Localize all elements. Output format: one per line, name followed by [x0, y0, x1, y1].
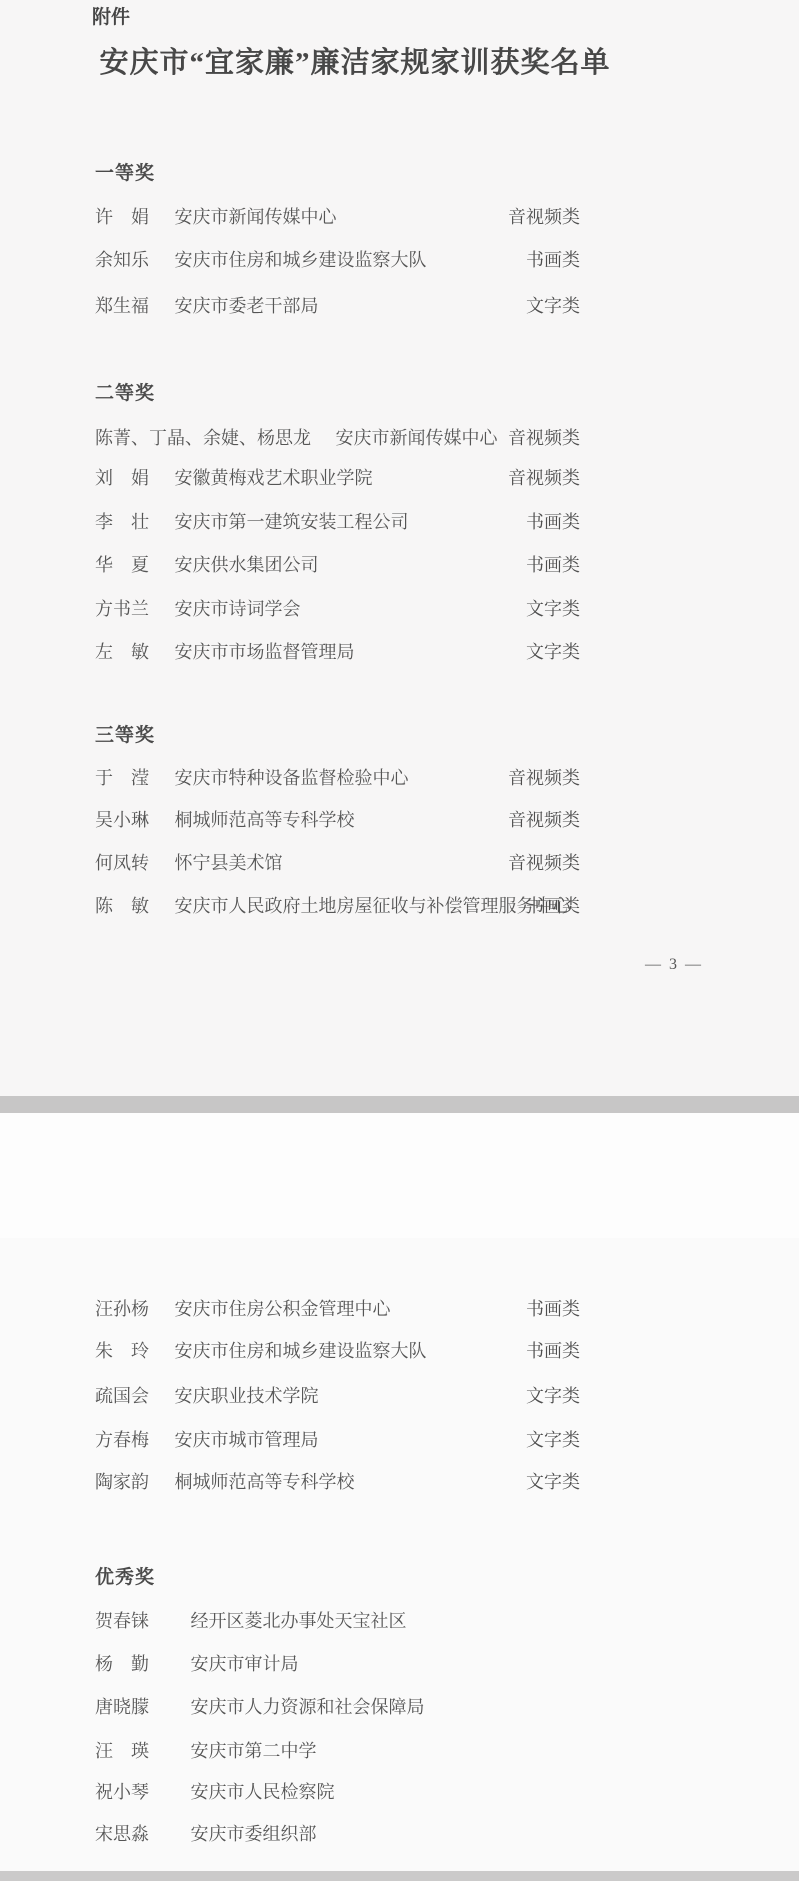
attachment-label: 附件: [92, 2, 130, 29]
award-row: 朱 玲 安庆市住房和城乡建设监察大队 书画类: [95, 1337, 704, 1363]
winner-org: 安庆市委老干部局: [175, 292, 319, 318]
winner-name: 汪孙杨: [95, 1295, 150, 1321]
winner-name: 疏国会: [95, 1382, 150, 1408]
award-row: 吴小琳 桐城师范高等专科学校 音视频类: [95, 806, 704, 832]
winner-org: 安庆市城市管理局: [175, 1426, 319, 1452]
award-category: 音视频类: [508, 806, 580, 832]
winner-org: 安庆职业技术学院: [175, 1382, 319, 1408]
page-title: 安庆市“宜家廉”廉洁家规家训获奖名单: [0, 40, 710, 81]
winner-org: 安庆市住房和城乡建设监察大队: [175, 1337, 427, 1363]
award-row: 于 滢 安庆市特种设备监督检验中心 音视频类: [95, 764, 704, 790]
award-category: 文字类: [526, 1468, 580, 1494]
award-row: 杨 勤 安庆市审计局: [95, 1650, 704, 1676]
winner-name: 华 夏: [95, 551, 150, 577]
award-row: 汪孙杨 安庆市住房公积金管理中心 书画类: [95, 1295, 704, 1321]
award-category: 书画类: [526, 551, 580, 577]
winner-org: 安庆市诗词学会: [175, 595, 301, 621]
award-category: 音视频类: [508, 203, 580, 229]
page-divider: [0, 1096, 799, 1113]
winner-name: 陶家韵: [95, 1468, 150, 1494]
page-number: — 3 —: [645, 956, 703, 974]
award-row: 左 敏 安庆市市场监督管理局 文字类: [95, 638, 704, 664]
winner-name: 郑生福: [95, 292, 150, 318]
award-category: 文字类: [526, 1426, 580, 1452]
award-row: 疏国会 安庆职业技术学院 文字类: [95, 1382, 704, 1408]
winner-org: 安庆市委组织部: [191, 1820, 317, 1846]
winner-org: 桐城师范高等专科学校: [175, 806, 355, 832]
scanned-document: 附件 安庆市“宜家廉”廉洁家规家训获奖名单 一等奖 许 娟 安庆市新闻传媒中心 …: [0, 0, 799, 1881]
award-row: 方春梅 安庆市城市管理局 文字类: [95, 1426, 704, 1452]
winner-name: 汪 瑛: [95, 1737, 150, 1763]
winner-org: 安庆市第二中学: [191, 1737, 317, 1763]
winner-name: 陈菁、丁晶、余婕、杨思龙: [95, 424, 311, 450]
award-row: 余知乐 安庆市住房和城乡建设监察大队 书画类: [95, 246, 704, 272]
winner-org: 安庆市新闻传媒中心: [175, 203, 337, 229]
award-category: 文字类: [526, 595, 580, 621]
award-row: 祝小琴 安庆市人民检察院: [95, 1778, 704, 1804]
award-category: 书画类: [526, 1295, 580, 1321]
section-heading-excellence-award: 优秀奖: [95, 1562, 155, 1589]
award-row: 郑生福 安庆市委老干部局 文字类: [95, 292, 704, 318]
award-row: 方书兰 安庆市诗词学会 文字类: [95, 595, 704, 621]
winner-name: 唐晓朦: [95, 1693, 150, 1719]
winner-name: 贺春铼: [95, 1607, 150, 1633]
award-category: 书画类: [526, 246, 580, 272]
award-category: 文字类: [526, 1382, 580, 1408]
winner-name: 许 娟: [95, 203, 150, 229]
winner-org: 安庆市住房公积金管理中心: [175, 1295, 391, 1321]
winner-org: 安庆市特种设备监督检验中心: [175, 764, 409, 790]
winner-org: 安庆市审计局: [191, 1650, 299, 1676]
award-category: 书画类: [526, 1337, 580, 1363]
winner-name: 方书兰: [95, 595, 150, 621]
award-row: 唐晓朦 安庆市人力资源和社会保障局: [95, 1693, 704, 1719]
winner-org: 安庆市人民政府土地房屋征收与补偿管理服务中心: [175, 892, 571, 918]
winner-name: 宋思淼: [95, 1820, 150, 1846]
section-heading-second-prize: 二等奖: [95, 378, 155, 405]
page-divider-bottom: [0, 1871, 799, 1881]
award-row: 陈 敏 安庆市人民政府土地房屋征收与补偿管理服务中心 书画类: [95, 892, 704, 918]
winner-org: 安庆市市场监督管理局: [175, 638, 355, 664]
award-row: 李 壮 安庆市第一建筑安装工程公司 书画类: [95, 508, 704, 534]
award-row: 汪 瑛 安庆市第二中学: [95, 1737, 704, 1763]
document-page-4: [0, 1238, 799, 1871]
page-gap: [0, 1113, 799, 1238]
award-row: 贺春铼 经开区菱北办事处天宝社区: [95, 1607, 704, 1633]
winner-org: 安徽黄梅戏艺术职业学院: [175, 464, 373, 490]
winner-org: 安庆市人力资源和社会保障局: [191, 1693, 425, 1719]
winner-name: 左 敏: [95, 638, 150, 664]
winner-org: 桐城师范高等专科学校: [175, 1468, 355, 1494]
award-row: 何凤转 怀宁县美术馆 音视频类: [95, 849, 704, 875]
winner-name: 杨 勤: [95, 1650, 150, 1676]
award-row: 陶家韵 桐城师范高等专科学校 文字类: [95, 1468, 704, 1494]
winner-name: 何凤转: [95, 849, 150, 875]
winner-org: 怀宁县美术馆: [175, 849, 283, 875]
winner-org: 经开区菱北办事处天宝社区: [191, 1607, 407, 1633]
winner-org: 安庆市新闻传媒中心: [336, 424, 498, 450]
winner-org: 安庆供水集团公司: [175, 551, 319, 577]
award-category: 音视频类: [508, 424, 580, 450]
award-row: 华 夏 安庆供水集团公司 书画类: [95, 551, 704, 577]
winner-name: 刘 娟: [95, 464, 150, 490]
winner-name: 吴小琳: [95, 806, 150, 832]
winner-name: 陈 敏: [95, 892, 150, 918]
award-row: 许 娟 安庆市新闻传媒中心 音视频类: [95, 203, 704, 229]
award-row: 刘 娟 安徽黄梅戏艺术职业学院 音视频类: [95, 464, 704, 490]
winner-org: 安庆市第一建筑安装工程公司: [175, 508, 409, 534]
award-category: 书画类: [526, 508, 580, 534]
winner-name: 方春梅: [95, 1426, 150, 1452]
award-category: 文字类: [526, 638, 580, 664]
winner-name: 余知乐: [95, 246, 150, 272]
winner-name: 于 滢: [95, 764, 150, 790]
section-heading-third-prize: 三等奖: [95, 720, 155, 747]
award-row: 陈菁、丁晶、余婕、杨思龙 安庆市新闻传媒中心 音视频类: [95, 424, 704, 450]
award-category: 音视频类: [508, 849, 580, 875]
winner-name: 朱 玲: [95, 1337, 150, 1363]
award-category: 音视频类: [508, 764, 580, 790]
section-heading-first-prize: 一等奖: [95, 158, 155, 185]
winner-name: 祝小琴: [95, 1778, 150, 1804]
award-category: 文字类: [526, 292, 580, 318]
winner-org: 安庆市人民检察院: [191, 1778, 335, 1804]
winner-org: 安庆市住房和城乡建设监察大队: [175, 246, 427, 272]
award-category: 书画类: [526, 892, 580, 918]
winner-name: 李 壮: [95, 508, 150, 534]
award-row: 宋思淼 安庆市委组织部: [95, 1820, 704, 1846]
award-category: 音视频类: [508, 464, 580, 490]
